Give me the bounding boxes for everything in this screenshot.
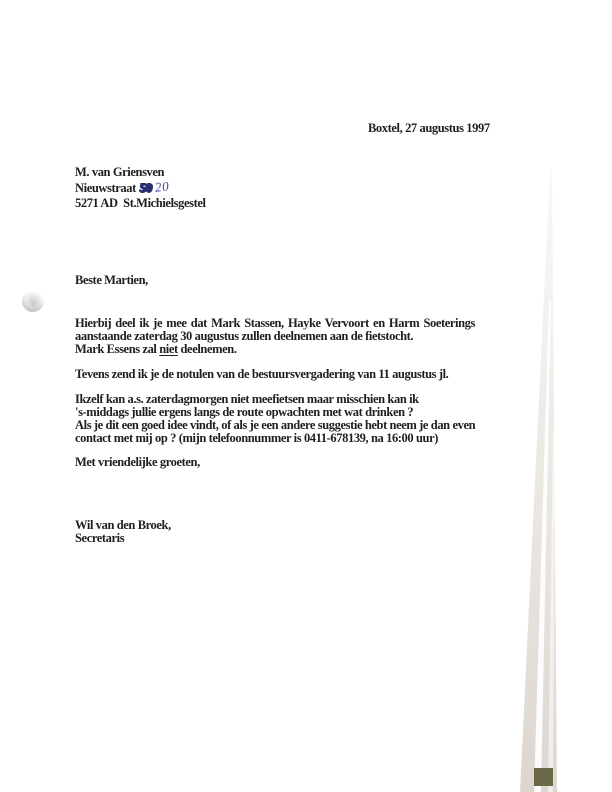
- paragraph-participants: Hierbij deel ik je mee dat Mark Stassen,…: [75, 317, 475, 356]
- text-segment: deelnemen.: [178, 342, 237, 356]
- paragraph-suggestion: Ikzelf kan a.s. zaterdagmorgen niet meef…: [75, 393, 475, 445]
- text-segment: Mark Essens zal: [75, 342, 159, 356]
- page-edge-streak: [548, 430, 555, 792]
- signer-title: Secretaris: [75, 532, 171, 545]
- recipient-city-line: 5271 AD St.Michielsgestel: [75, 196, 206, 211]
- page-edge-strip: [520, 170, 557, 792]
- scanned-letter-page: Boxtel, 27 augustus 1997 M. van Griensve…: [0, 0, 612, 792]
- letter-date: Boxtel, 27 augustus 1997: [368, 122, 490, 135]
- page-edge-streak: [534, 300, 551, 792]
- paragraph-line: contact met mij op ? (mijn telefoonnumme…: [75, 432, 475, 445]
- underlined-word: niet: [159, 342, 178, 356]
- paragraph-line: Mark Essens zal niet deelnemen.: [75, 343, 475, 356]
- crossed-out-house-number: 50: [140, 181, 152, 195]
- signature-block: Wil van den Broek, Secretaris: [75, 519, 171, 545]
- street-name: Nieuwstraat: [75, 181, 136, 195]
- recipient-name: M. van Griensven: [75, 165, 206, 180]
- handwritten-house-number: 20: [154, 178, 170, 194]
- salutation: Beste Martien,: [75, 274, 148, 287]
- recipient-street-line: Nieuwstraat5020: [75, 180, 206, 196]
- binding-tape-square: [534, 768, 553, 786]
- recipient-address-block: M. van Griensven Nieuwstraat5020 5271 AD…: [75, 165, 206, 211]
- closing-salutation: Met vriendelijke groeten,: [75, 456, 200, 469]
- paperclip-smudge: [20, 289, 47, 315]
- paragraph-minutes: Tevens zend ik je de notulen van de best…: [75, 368, 448, 381]
